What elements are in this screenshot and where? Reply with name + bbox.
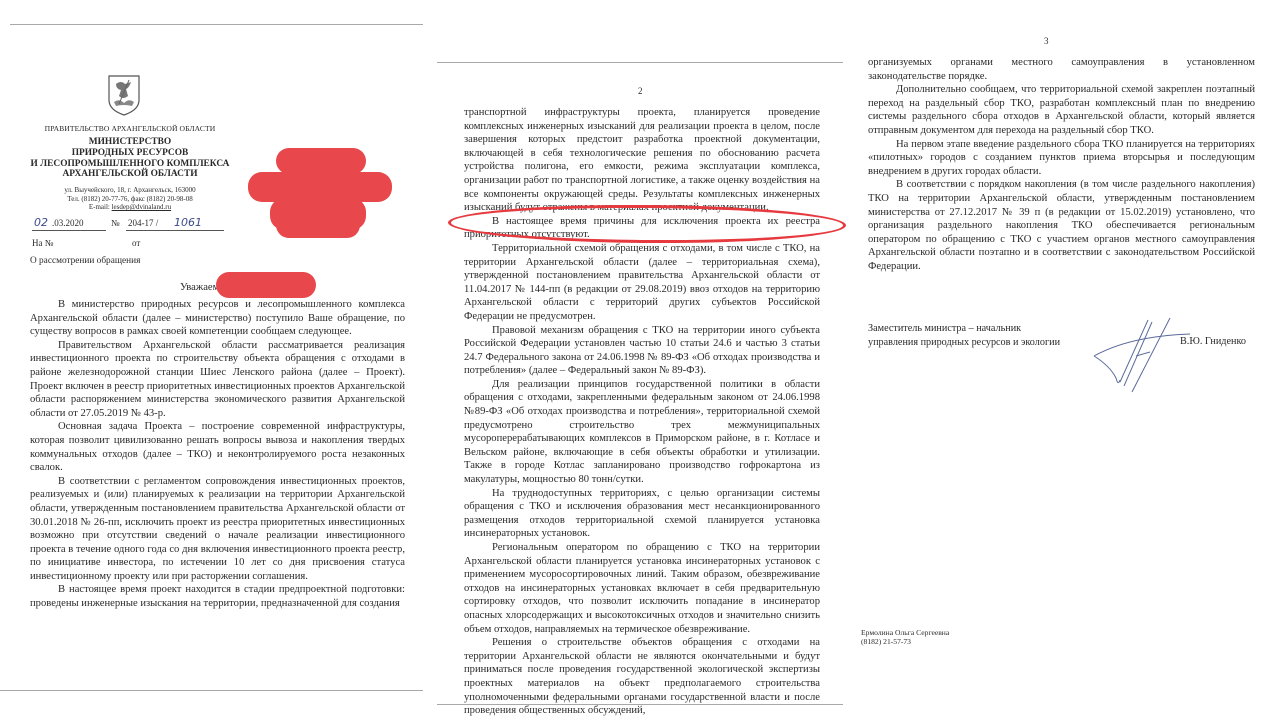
ministry-contacts: ул. Выучейского, 18, г. Архангельск, 163… [30,186,230,212]
paragraph: транспортной инфраструктуры проекта, пла… [464,106,820,215]
page2-body: транспортной инфраструктуры проекта, пла… [464,106,820,718]
ministry-line: МИНИСТЕРСТВО [30,137,230,148]
ministry-name: МИНИСТЕРСТВО ПРИРОДНЫХ РЕСУРСОВ И ЛЕСОПР… [30,137,230,180]
email-link[interactable]: lesdep@dvinaland.ru [112,203,172,211]
address: ул. Выучейского, 18, г. Архангельск, 163… [30,186,230,195]
page1-bottom-divider [0,690,423,691]
email-label: E-mail: [89,203,110,211]
ministry-line: И ЛЕСОПРОМЫШЛЕННОГО КОМПЛЕКСА [30,159,230,170]
date-rest: .03.2020 [52,218,84,228]
na-label: На № [32,238,53,248]
reference-row: На № от [32,238,232,252]
paragraph: организуемых органами местного самоуправ… [868,56,1255,83]
paragraph: Основная задача Проекта – построение сов… [30,420,405,474]
signer-title: Заместитель министра – начальник управле… [868,322,1060,349]
number-handwritten: 1061 [174,216,202,229]
registration-row: 02 .03.2020 № 204-17 / 1061 [32,217,232,231]
paragraph: Решения о строительстве объектов обращен… [464,636,820,718]
paragraph: Правовой механизм обращения с ТКО на тер… [464,324,820,378]
paragraph: Для реализации принципов государственной… [464,378,820,487]
paragraph: Территориальной схемой обращения с отход… [464,242,820,324]
number-underline [126,230,224,231]
paragraph: Региональным оператором по обращению с Т… [464,541,820,636]
page3-body: организуемых органами местного самоуправ… [868,56,1255,274]
paragraph: В соответствии с регламентом сопровожден… [30,475,405,584]
page-number: 3 [1044,36,1049,46]
executor-info: Ермолина Ольга Сергеевна (8182) 21-57-73 [861,628,949,647]
page2-top-divider [437,62,843,63]
page1-body: В министерство природных ресурсов и лесо… [30,298,405,611]
ministry-line: ПРИРОДНЫХ РЕСУРСОВ [30,148,230,159]
executor-name: Ермолина Ольга Сергеевна [861,628,949,637]
date-day-handwritten: 02 [34,216,48,229]
paragraph: Правительством Архангельской области рас… [30,339,405,421]
letter-subject: О рассмотрении обращения [30,256,140,266]
executor-phone: (8182) 21-57-73 [861,637,949,646]
paragraph: В министерство природных ресурсов и лесо… [30,298,405,339]
paragraph: На первом этапе введение раздельного сбо… [868,138,1255,179]
government-name: ПРАВИТЕЛЬСТВО АРХАНГЕЛЬСКОЙ ОБЛАСТИ [30,124,230,133]
paragraph: В соответствии с порядком накопления (в … [868,178,1255,273]
paragraph: На труднодоступных территориях, с целью … [464,487,820,541]
phones: Тел. (8182) 20-77-76, факс (8182) 20-98-… [30,195,230,204]
greeting-name-redaction [216,272,316,298]
ministry-line: АРХАНГЕЛЬСКОЙ ОБЛАСТИ [30,169,230,180]
recipient-redaction [276,148,366,174]
recipient-redaction [276,212,360,238]
ot-label: от [132,238,140,248]
signature-icon [1090,316,1200,406]
coat-of-arms-icon [107,74,141,116]
email-row: E-mail: lesdep@dvinaland.ru [30,203,230,212]
signer-name: В.Ю. Гниденко [1180,336,1246,347]
paragraph: Дополнительно сообщаем, что территориаль… [868,83,1255,137]
signer-title-line: Заместитель министра – начальник [868,322,1060,336]
signer-title-line: управления природных ресурсов и экологии [868,336,1060,350]
date-underline [32,230,106,231]
number-label: № [111,218,120,228]
page1-top-divider [10,24,423,25]
page-number: 2 [638,86,643,96]
paragraph: В настоящее время проект находится в ста… [30,583,405,610]
number-printed: 204-17 / [128,218,158,228]
